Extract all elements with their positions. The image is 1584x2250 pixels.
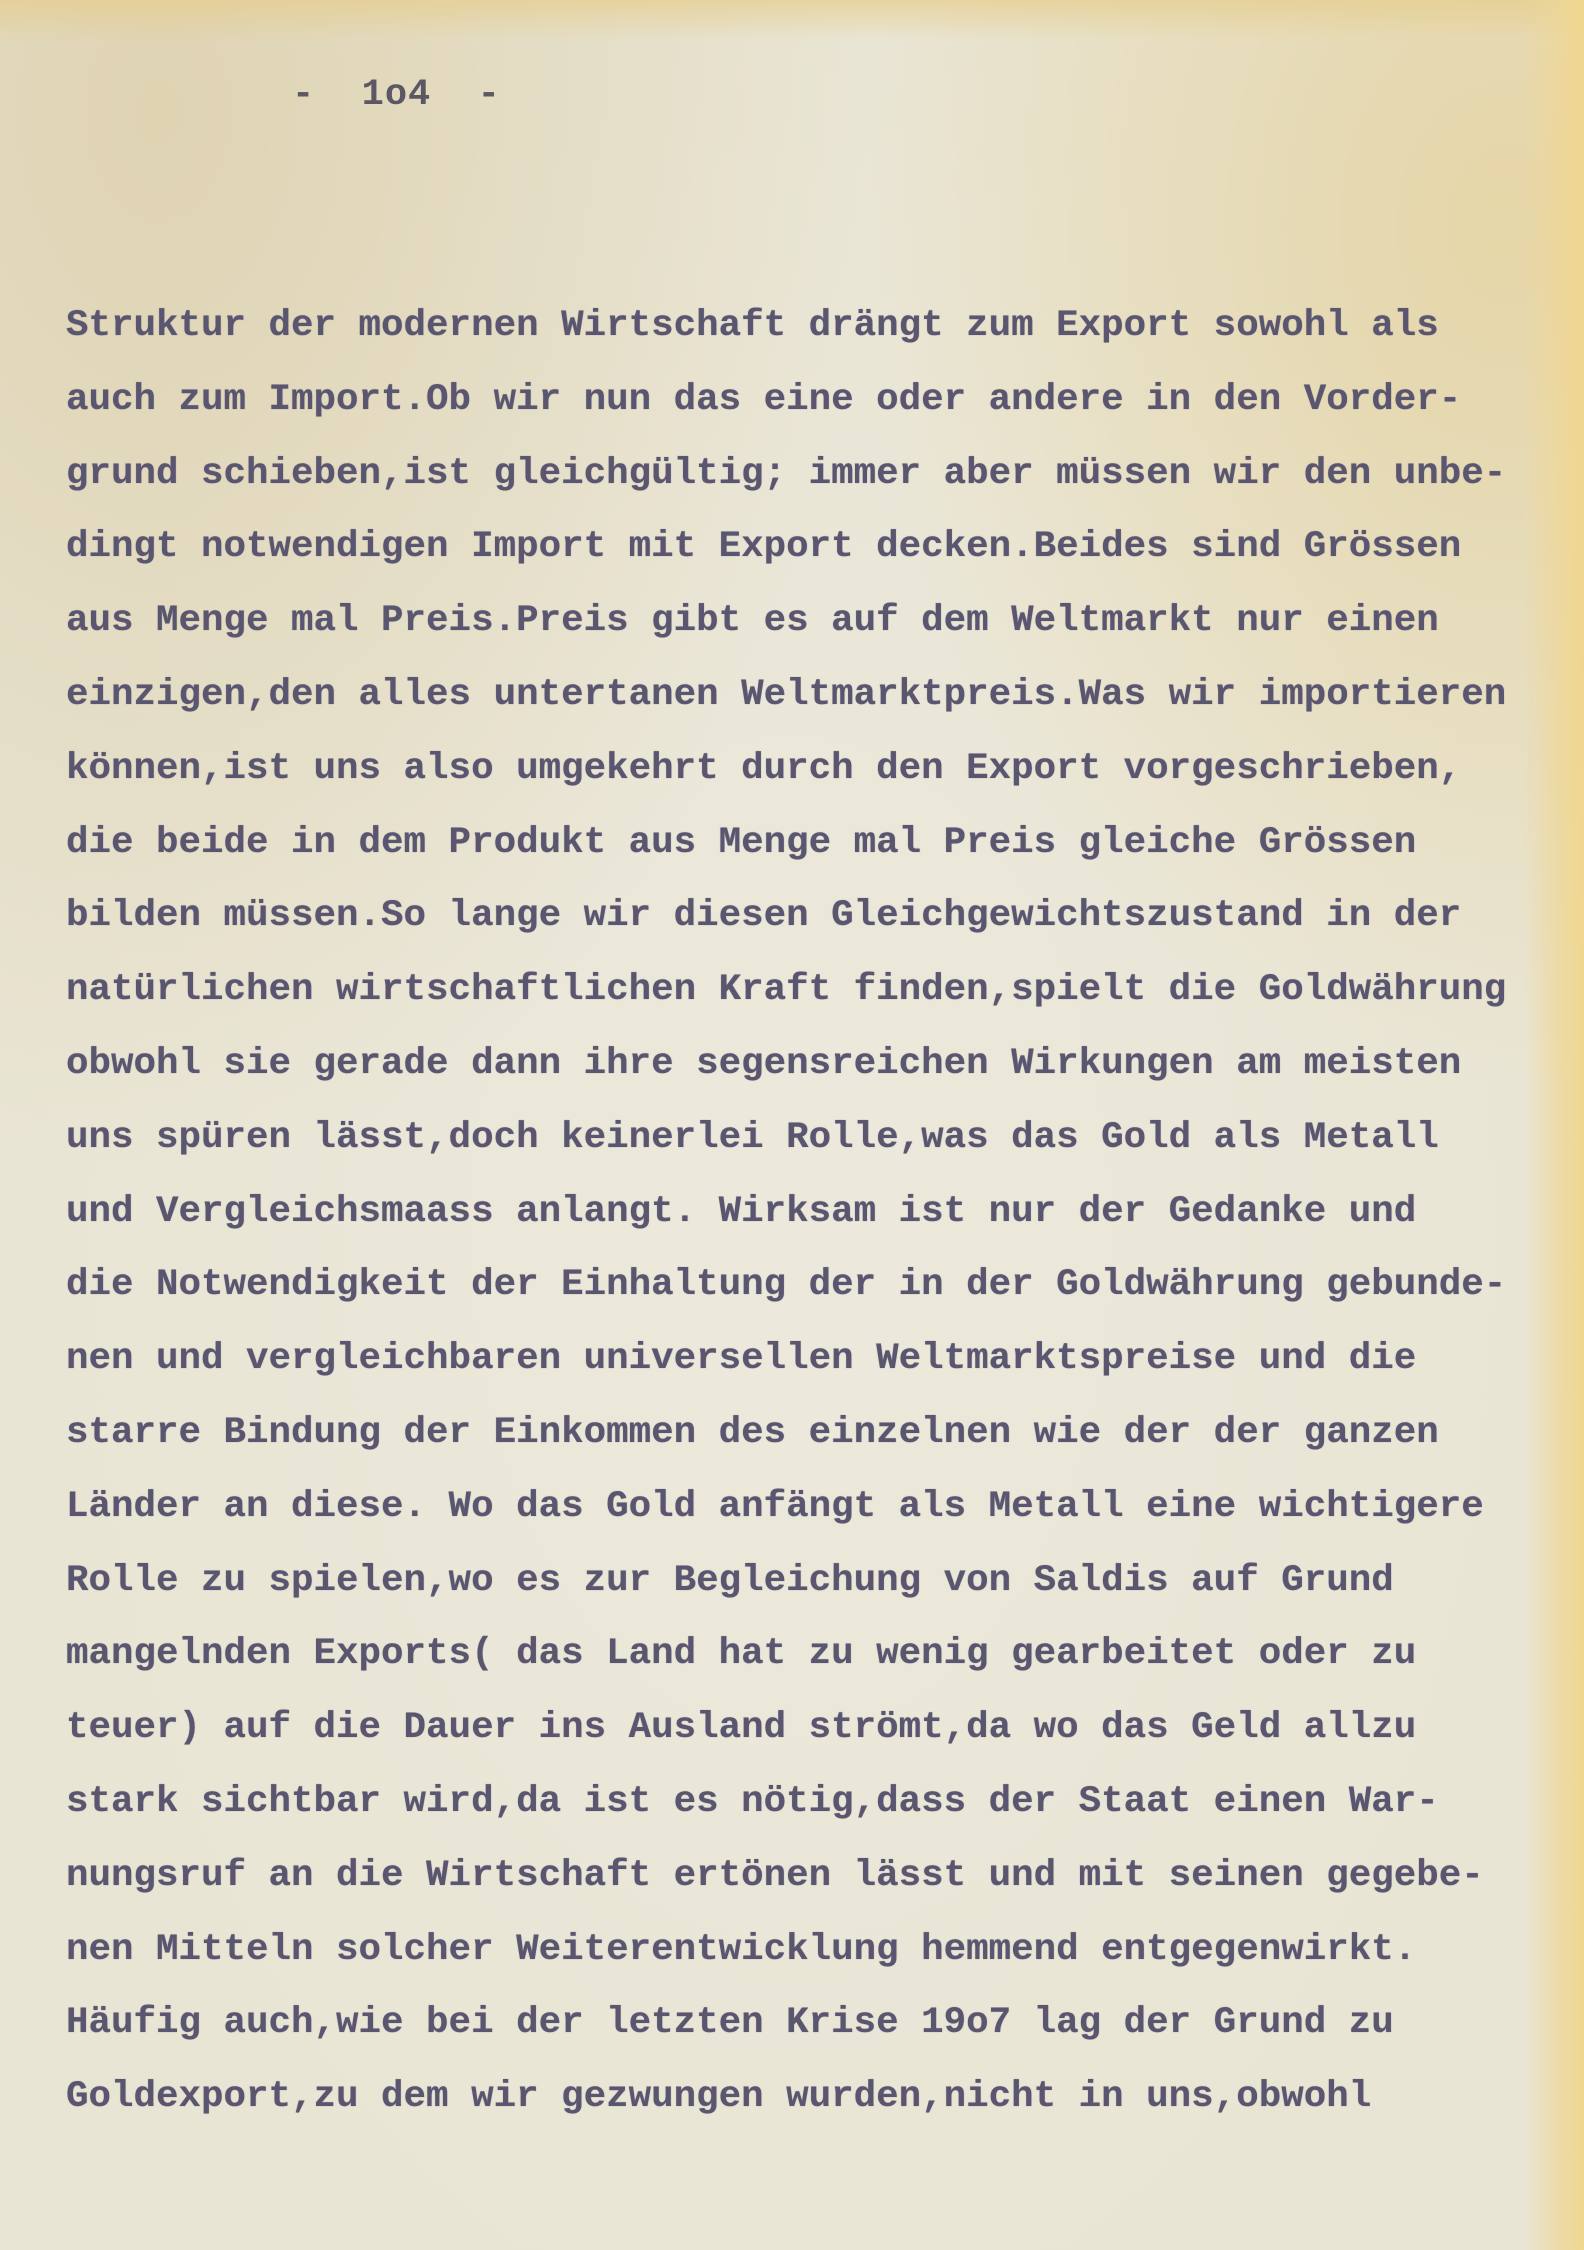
text-line: und Vergleichsmaass anlangt. Wirksam ist… xyxy=(66,1176,1546,1250)
paper-top-edge-discoloration xyxy=(0,0,1584,40)
typewritten-page: - 1o4 - Struktur der modernen Wirtschaft… xyxy=(0,0,1584,2250)
text-line: uns spüren lässt,doch keinerlei Rolle,wa… xyxy=(66,1102,1546,1176)
page-number: - 1o4 - xyxy=(292,74,501,116)
text-line: teuer) auf die Dauer ins Ausland strömt,… xyxy=(66,1692,1546,1766)
text-line: nen und vergleichbaren universellen Welt… xyxy=(66,1323,1546,1397)
text-line: Länder an diese. Wo das Gold anfängt als… xyxy=(66,1471,1546,1545)
text-line: bilden müssen.So lange wir diesen Gleich… xyxy=(66,880,1546,954)
text-line: stark sichtbar wird,da ist es nötig,dass… xyxy=(66,1766,1546,1840)
text-line: die beide in dem Produkt aus Menge mal P… xyxy=(66,807,1546,881)
text-line: aus Menge mal Preis.Preis gibt es auf de… xyxy=(66,585,1546,659)
text-line: nungsruf an die Wirtschaft ertönen lässt… xyxy=(66,1840,1546,1914)
text-line: starre Bindung der Einkommen des einzeln… xyxy=(66,1397,1546,1471)
text-line: Goldexport,zu dem wir gezwungen wurden,n… xyxy=(66,2061,1546,2135)
text-line: natürlichen wirtschaftlichen Kraft finde… xyxy=(66,954,1546,1028)
text-line: Rolle zu spielen,wo es zur Begleichung v… xyxy=(66,1545,1546,1619)
text-line: einzigen,den alles untertanen Weltmarktp… xyxy=(66,659,1546,733)
text-line: Struktur der modernen Wirtschaft drängt … xyxy=(66,290,1546,364)
body-text: Struktur der modernen Wirtschaft drängt … xyxy=(66,290,1546,2135)
text-line: nen Mitteln solcher Weiterentwicklung he… xyxy=(66,1914,1546,1988)
text-line: die Notwendigkeit der Einhaltung der in … xyxy=(66,1249,1546,1323)
text-line: mangelnden Exports( das Land hat zu weni… xyxy=(66,1618,1546,1692)
text-line: auch zum Import.Ob wir nun das eine oder… xyxy=(66,364,1546,438)
text-line: grund schieben,ist gleichgültig; immer a… xyxy=(66,438,1546,512)
text-line: dingt notwendigen Import mit Export deck… xyxy=(66,511,1546,585)
text-line: können,ist uns also umgekehrt durch den … xyxy=(66,733,1546,807)
text-line: obwohl sie gerade dann ihre segensreiche… xyxy=(66,1028,1546,1102)
text-line: Häufig auch,wie bei der letzten Krise 19… xyxy=(66,1987,1546,2061)
